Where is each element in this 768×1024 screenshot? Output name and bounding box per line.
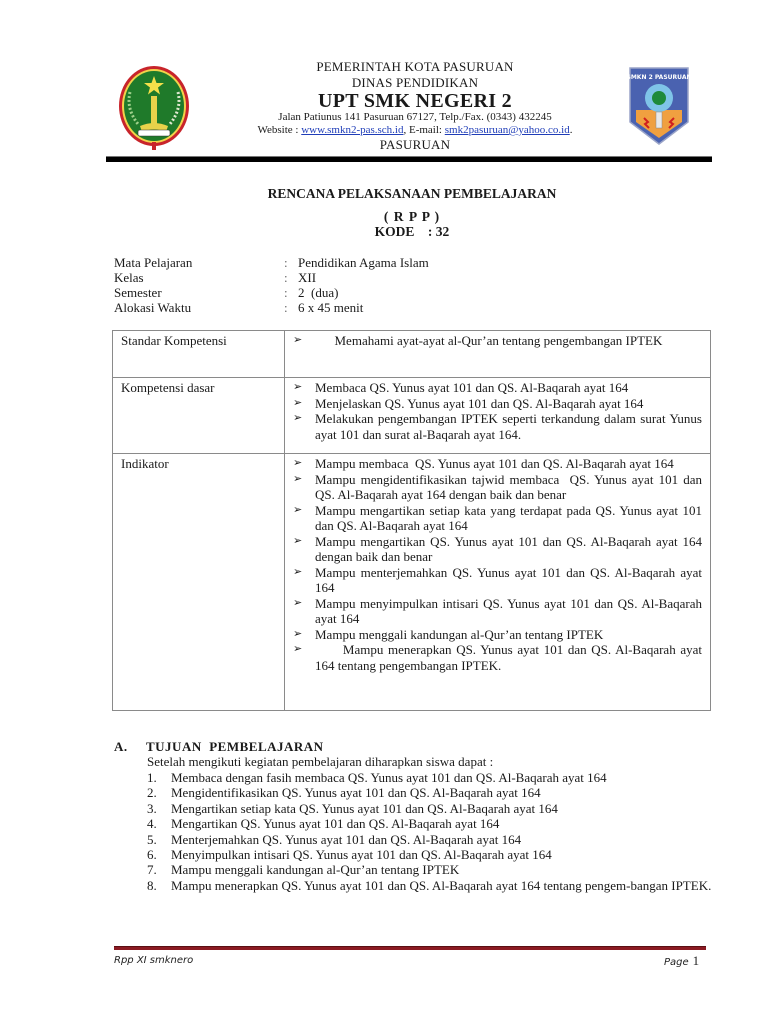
city-emblem-icon [116, 64, 192, 150]
arrow-bullet-icon: ➢ [293, 627, 302, 643]
row-label: Kompetensi dasar [113, 378, 285, 454]
arrow-bullet-icon: ➢ [293, 472, 302, 488]
page-number: 1 [693, 953, 700, 968]
list-item: ➢Membaca QS. Yunus ayat 101 dan QS. Al-B… [293, 380, 702, 396]
list-item: 2.Mengidentifikasikan QS. Yunus ayat 101… [147, 785, 717, 800]
list-item: ➢Melakukan pengembangan IPTEK seperti te… [293, 411, 702, 442]
arrow-bullet-icon: ➢ [293, 333, 302, 349]
list-item: ➢Mampu mengidentifikasikan tajwid membac… [293, 472, 702, 503]
table-row: Indikator ➢Mampu membaca QS. Yunus ayat … [113, 454, 711, 711]
list-item: ➢Mampu menggali kandungan al-Qur’an tent… [293, 627, 702, 643]
footer-divider [114, 946, 706, 950]
letterhead-government: PEMERINTAH KOTA PASURUAN [200, 59, 630, 75]
competency-table: Standar Kompetensi ➢ Memahami ayat-ayat … [112, 330, 711, 711]
arrow-bullet-icon: ➢ [293, 503, 302, 519]
list-item: ➢Mampu menyimpulkan intisari QS. Yunus a… [293, 596, 702, 627]
email-label: , E-mail: [403, 124, 444, 136]
row-content: ➢Mampu membaca QS. Yunus ayat 101 dan QS… [285, 454, 711, 711]
svg-text:SMKN 2 PASURUAN: SMKN 2 PASURUAN [628, 74, 690, 81]
row-content: ➢Membaca QS. Yunus ayat 101 dan QS. Al-B… [285, 378, 711, 454]
arrow-bullet-icon: ➢ [293, 411, 302, 427]
list-item: 6.Menyimpulkan intisari QS. Yunus ayat 1… [147, 847, 717, 862]
table-row: Standar Kompetensi ➢ Memahami ayat-ayat … [113, 331, 711, 378]
arrow-bullet-icon: ➢ [293, 642, 302, 658]
list-item: ➢ Memahami ayat-ayat al-Qur’an tentang p… [293, 333, 702, 349]
list-item: ➢Mampu mengartikan QS. Yunus ayat 101 da… [293, 534, 702, 565]
section-heading: A.TUJUAN PEMBELAJARAN [114, 739, 324, 755]
arrow-bullet-icon: ➢ [293, 565, 302, 581]
list-item: ➢Mampu menterjemahkan QS. Yunus ayat 101… [293, 565, 702, 596]
table-row: Kompetensi dasar ➢Membaca QS. Yunus ayat… [113, 378, 711, 454]
section-number: A. [114, 739, 146, 755]
arrow-bullet-icon: ➢ [293, 596, 302, 612]
list-item: 4.Mengartikan QS. Yunus ayat 101 dan QS.… [147, 816, 717, 831]
row-label: Standar Kompetensi [113, 331, 285, 378]
meta-row: Alokasi Waktu:6 x 45 menit [114, 300, 429, 315]
meta-row: Semester:2 (dua) [114, 285, 429, 300]
meta-row: Mata Pelajaran:Pendidikan Agama Islam [114, 255, 429, 270]
letterhead-department: DINAS PENDIDIKAN [200, 75, 630, 91]
objectives-list: 1.Membaca dengan fasih membaca QS. Yunus… [147, 770, 717, 893]
arrow-bullet-icon: ➢ [293, 380, 302, 396]
list-item: 8.Mampu menerapkan QS. Yunus ayat 101 da… [147, 878, 717, 893]
arrow-bullet-icon: ➢ [293, 456, 302, 472]
section-title: TUJUAN PEMBELAJARAN [146, 739, 324, 755]
list-item: 7.Mampu menggali kandungan al-Qur’an ten… [147, 862, 717, 877]
row-content: ➢ Memahami ayat-ayat al-Qur’an tentang p… [285, 331, 711, 378]
letterhead-contacts: Website : www.smkn2-pas.sch.id, E-mail: … [200, 124, 630, 136]
document-title: RENCANA PELAKSANAAN PEMBELAJARAN [100, 186, 724, 202]
letterhead-divider [106, 156, 712, 162]
list-item: ➢Mampu membaca QS. Yunus ayat 101 dan QS… [293, 456, 702, 472]
row-label: Indikator [113, 454, 285, 711]
arrow-bullet-icon: ➢ [293, 396, 302, 412]
section-intro: Setelah mengikuti kegiatan pembelajaran … [147, 754, 493, 770]
email-link[interactable]: smk2pasuruan@yahoo.co.id [445, 124, 570, 136]
list-item: 1.Membaca dengan fasih membaca QS. Yunus… [147, 770, 717, 785]
list-item: 3.Mengartikan setiap kata QS. Yunus ayat… [147, 801, 717, 816]
footer-doc-name: Rpp XI smknero [114, 955, 193, 966]
letterhead-city: PASURUAN [200, 137, 630, 153]
website-label: Website : [258, 124, 302, 136]
list-item: ➢Mampu mengartikan setiap kata yang terd… [293, 503, 702, 534]
document-subtitle: ( R P P ) [100, 209, 724, 225]
list-item: 5.Menterjemahkan QS. Yunus ayat 101 dan … [147, 832, 717, 847]
letterhead-school-name: UPT SMK NEGERI 2 [200, 90, 630, 113]
school-shield-icon: SMKN 2 PASURUAN [628, 66, 690, 146]
subject-info: Mata Pelajaran:Pendidikan Agama Islam Ke… [114, 255, 429, 315]
letterhead-address: Jalan Patiunus 141 Pasuruan 67127, Telp.… [200, 111, 630, 123]
list-item: ➢ Mampu menerapkan QS. Yunus ayat 101 da… [293, 642, 702, 673]
page-indicator: Page1 [664, 953, 699, 969]
list-item: ➢Menjelaskan QS. Yunus ayat 101 dan QS. … [293, 396, 702, 412]
document-code: KODE : 32 [100, 224, 724, 240]
arrow-bullet-icon: ➢ [293, 534, 302, 550]
meta-row: Kelas:XII [114, 270, 429, 285]
website-link[interactable]: www.smkn2-pas.sch.id [301, 124, 403, 136]
